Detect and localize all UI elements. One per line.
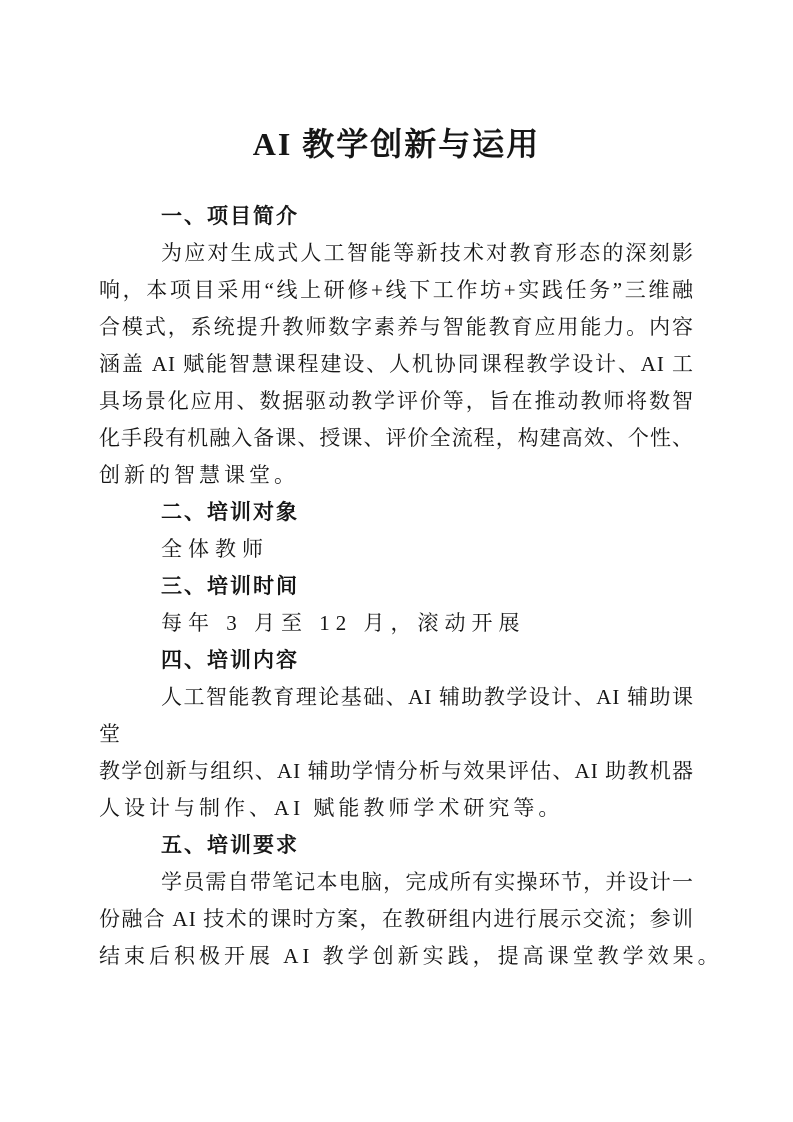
document-title: AI 教学创新与运用 [0, 0, 793, 170]
heading-training-audience: 二、培训对象 [99, 494, 694, 531]
paragraph-line: 化手段有机融入备课、授课、评价全流程，构建高效、个性、 [99, 420, 694, 457]
paragraph-line: 份融合 AI 技术的课时方案，在教研组内进行展示交流；参训 [99, 901, 694, 938]
heading-training-requirements: 五、培训要求 [99, 827, 694, 864]
paragraph-line: 全体教师 [99, 531, 694, 568]
paragraph-line: 合模式，系统提升教师数字素养与智能教育应用能力。内容 [99, 309, 694, 346]
paragraph-line: 创新的智慧课堂。 [99, 457, 694, 494]
document-page: AI 教学创新与运用 一、项目简介 为应对生成式人工智能等新技术对教育形态的深刻… [0, 0, 793, 1122]
paragraph-line: 结束后积极开展 AI 教学创新实践，提高课堂教学效果。 [99, 938, 694, 975]
paragraph-line: 学员需自带笔记本电脑，完成所有实操环节，并设计一 [99, 864, 694, 901]
paragraph-line: 涵盖 AI 赋能智慧课程建设、人机协同课程教学设计、AI 工 [99, 346, 694, 383]
paragraph-line: 具场景化应用、数据驱动教学评价等，旨在推动教师将数智 [99, 383, 694, 420]
heading-training-content: 四、培训内容 [99, 642, 694, 679]
paragraph-line: 响，本项目采用“线上研修+线下工作坊+实践任务”三维融 [99, 272, 694, 309]
paragraph-line: 为应对生成式人工智能等新技术对教育形态的深刻影 [99, 235, 694, 272]
paragraph-line: 人工智能教育理论基础、AI 辅助教学设计、AI 辅助课堂 [99, 679, 694, 753]
paragraph-line: 每年 3 月至 12 月，滚动开展 [99, 605, 694, 642]
document-body: 一、项目简介 为应对生成式人工智能等新技术对教育形态的深刻影 响，本项目采用“线… [0, 198, 793, 975]
heading-project-intro: 一、项目简介 [99, 198, 694, 235]
heading-training-time: 三、培训时间 [99, 568, 694, 605]
paragraph-line: 教学创新与组织、AI 辅助学情分析与效果评估、AI 助教机器 [99, 753, 694, 790]
paragraph-line: 人设计与制作、AI 赋能教师学术研究等。 [99, 790, 694, 827]
